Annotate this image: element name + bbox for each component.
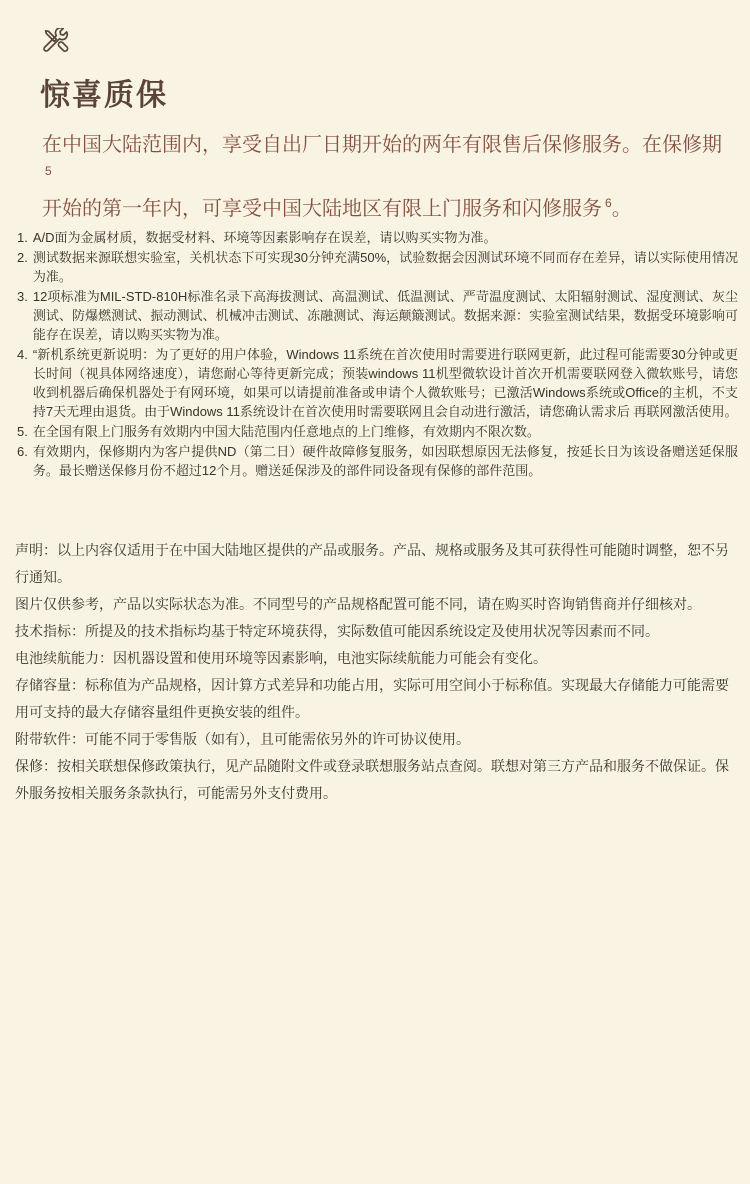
footnote-ref-6: 6 bbox=[605, 196, 612, 210]
footnote-text: “新机系统更新说明：为了更好的用户体验，Windows 11系统在首次使用时需要… bbox=[33, 345, 738, 421]
footnote-item-3: 3. 12项标准为MIL-STD-810H标准名录下高海拔测试、高温测试、低温测… bbox=[17, 287, 738, 344]
intro-line-1: 在中国大陆范围内，享受自出厂日期开始的两年有限售后保修服务。在保修期 bbox=[42, 134, 722, 156]
footnote-text: 12项标准为MIL-STD-810H标准名录下高海拔测试、高温测试、低温测试、严… bbox=[33, 287, 738, 344]
footnote-item-1: 1. A/D面为金属材质，数据受材料、环境等因素影响存在误差，请以购买实物为准。 bbox=[17, 228, 738, 247]
footnote-number: 2. bbox=[17, 248, 28, 286]
footnote-number: 5. bbox=[17, 422, 28, 441]
footnote-number: 6. bbox=[17, 442, 28, 480]
footnote-list: 1. A/D面为金属材质，数据受材料、环境等因素影响存在误差，请以购买实物为准。… bbox=[17, 228, 738, 481]
footnote-item-2: 2. 测试数据来源联想实验室，关机状态下可实现30分钟充满50%，试验数据会因测… bbox=[17, 248, 738, 286]
warranty-page: 惊喜质保 在中国大陆范围内，享受自出厂日期开始的两年有限售后保修服务。在保修期5… bbox=[0, 0, 750, 1184]
footnote-ref-5: 5 bbox=[45, 164, 52, 178]
footnote-number: 3. bbox=[17, 287, 28, 344]
legal-battery: 电池续航能力：因机器设置和使用环境等因素影响，电池实际续航能力可能会有变化。 bbox=[15, 645, 737, 672]
footnote-item-4: 4. “新机系统更新说明：为了更好的用户体验，Windows 11系统在首次使用… bbox=[17, 345, 738, 421]
legal-section: 声明：以上内容仅适用于在中国大陆地区提供的产品或服务。产品、规格或服务及其可获得… bbox=[15, 537, 737, 807]
legal-software: 附带软件：可能不同于零售版（如有），且可能需依另外的许可协议使用。 bbox=[15, 726, 737, 753]
warranty-intro: 在中国大陆范围内，享受自出厂日期开始的两年有限售后保修服务。在保修期5开始的第一… bbox=[40, 129, 730, 225]
legal-warranty-policy: 保修：按相关联想保修政策执行，见产品随附文件或登录联想服务站点查阅。联想对第三方… bbox=[15, 753, 737, 807]
legal-storage: 存储容量：标称值为产品规格，因计算方式差异和功能占用，实际可用空间小于标称值。实… bbox=[15, 672, 737, 726]
tools-icon bbox=[40, 28, 70, 58]
footnote-text: A/D面为金属材质，数据受材料、环境等因素影响存在误差，请以购买实物为准。 bbox=[33, 228, 738, 247]
intro-line-2: 开始的第一年内，可享受中国大陆地区有限上门服务和闪修服务 bbox=[42, 198, 602, 220]
legal-image-disclaimer: 图片仅供参考，产品以实际状态为准。不同型号的产品规格配置可能不同，请在购买时咨询… bbox=[15, 591, 737, 618]
footnote-item-6: 6. 有效期内，保修期内为客户提供ND（第二日）硬件故障修复服务，如因联想原因无… bbox=[17, 442, 738, 480]
legal-statement: 声明：以上内容仅适用于在中国大陆地区提供的产品或服务。产品、规格或服务及其可获得… bbox=[15, 537, 737, 591]
warranty-hero: 惊喜质保 在中国大陆范围内，享受自出厂日期开始的两年有限售后保修服务。在保修期5… bbox=[40, 28, 730, 225]
footnote-text: 测试数据来源联想实验室，关机状态下可实现30分钟充满50%，试验数据会因测试环境… bbox=[33, 248, 738, 286]
intro-period: 。 bbox=[612, 198, 632, 220]
legal-tech-specs: 技术指标：所提及的技术指标均基于特定环境获得，实际数值可能因系统设定及使用状况等… bbox=[15, 618, 737, 645]
footnote-number: 1. bbox=[17, 228, 28, 247]
footnote-item-5: 5. 在全国有限上门服务有效期内中国大陆范围内任意地点的上门维修，有效期内不限次… bbox=[17, 422, 738, 441]
screwdriver-handle-glyph bbox=[57, 41, 68, 52]
footnote-number: 4. bbox=[17, 345, 28, 421]
footnote-text: 在全国有限上门服务有效期内中国大陆范围内任意地点的上门维修，有效期内不限次数。 bbox=[33, 422, 738, 441]
footnote-text: 有效期内，保修期内为客户提供ND（第二日）硬件故障修复服务，如因联想原因无法修复… bbox=[33, 442, 738, 480]
page-title: 惊喜质保 bbox=[40, 70, 730, 114]
